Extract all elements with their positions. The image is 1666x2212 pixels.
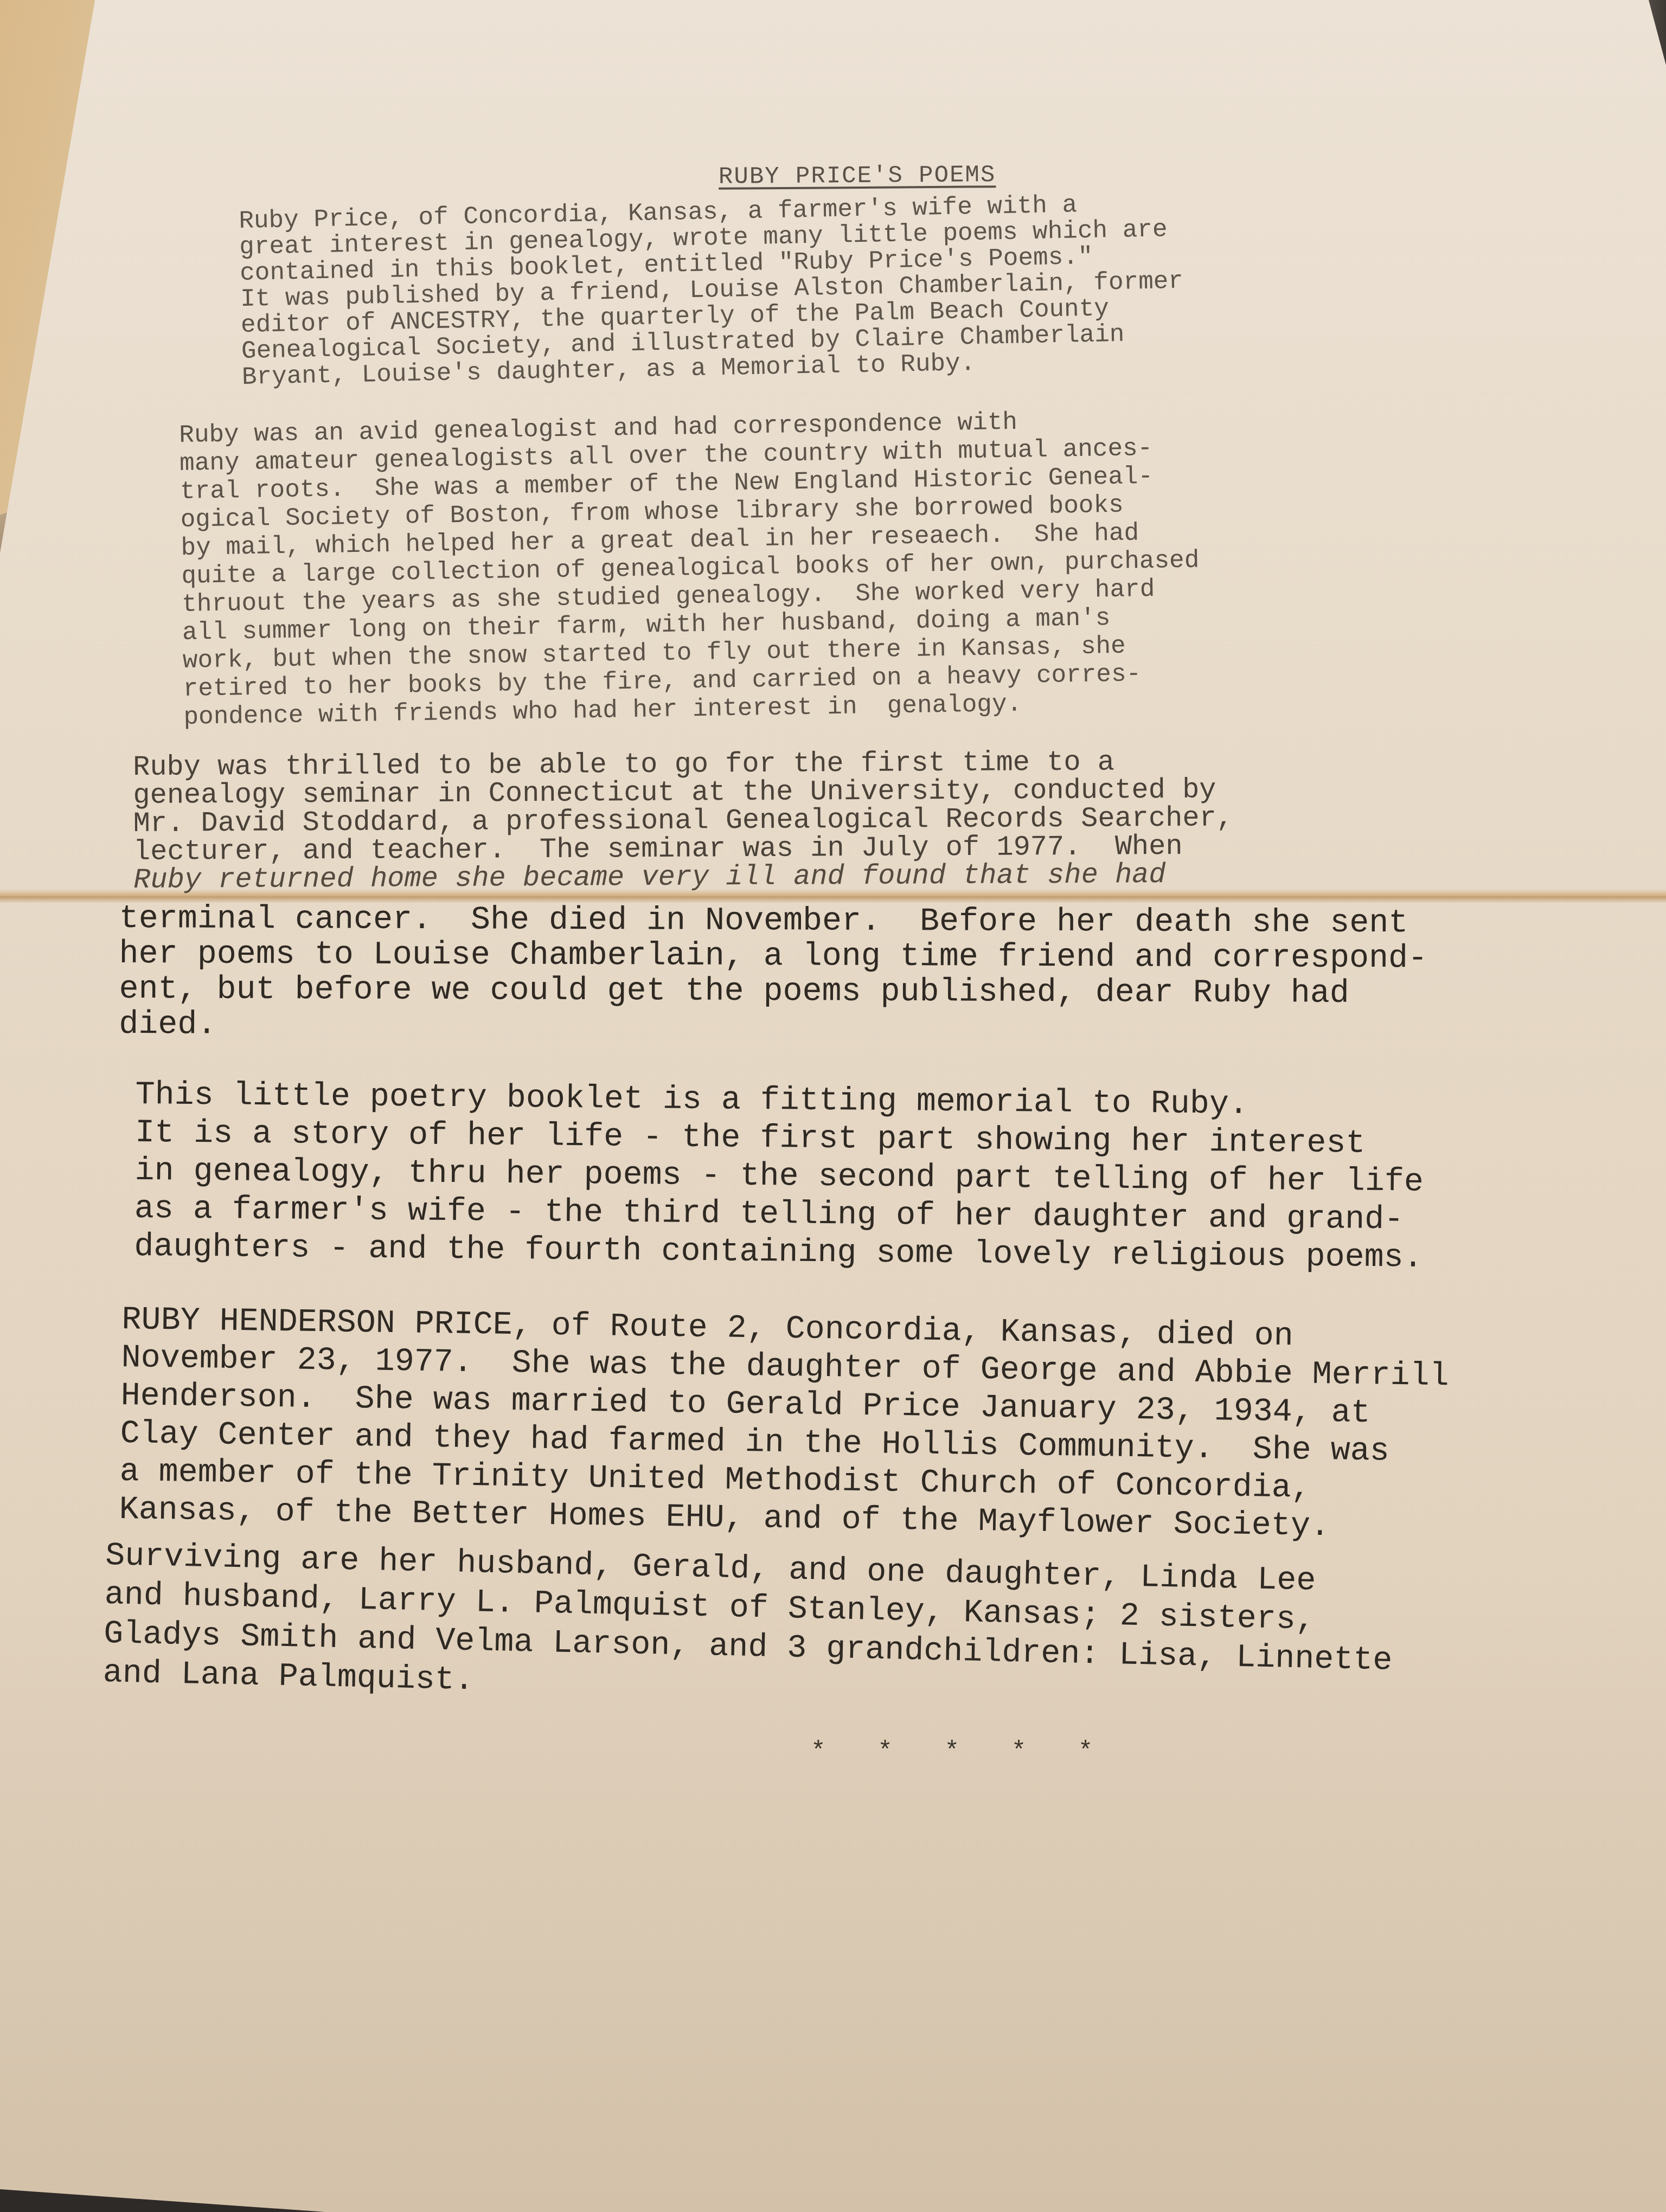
text-line: Ruby returned home she became very ill a…	[133, 860, 1234, 895]
paragraph-seminar-top: Ruby was thrilled to be able to go for t…	[133, 748, 1234, 895]
paragraph-booklet: This little poetry booklet is a fitting …	[134, 1079, 1424, 1280]
text-line: died.	[119, 1008, 1427, 1048]
paragraph-intro: Ruby Price, of Concordia, Kansas, a farm…	[239, 191, 1185, 391]
page-title: RUBY PRICE'S POEMS	[719, 162, 996, 191]
paragraph-obituary-bottom: Surviving are her husband, Gerald, and o…	[102, 1540, 1394, 1723]
paragraph-avid-genealogist: Ruby was an avid genealogist and had cor…	[179, 407, 1202, 733]
text-line: daughters - and the fourth containing so…	[134, 1231, 1423, 1280]
page-content: RUBY PRICE'S POEMS Ruby Price, of Concor…	[0, 0, 1666, 2212]
paragraph-obituary-top: RUBY HENDERSON PRICE, of Route 2, Concor…	[119, 1304, 1450, 1550]
text-line: ent, but before we could get the poems p…	[119, 973, 1427, 1013]
paragraph-seminar-bottom: terminal cancer. She died in November. B…	[119, 903, 1427, 1048]
asterisk-row-icon: * * * * *	[811, 1738, 1111, 1766]
